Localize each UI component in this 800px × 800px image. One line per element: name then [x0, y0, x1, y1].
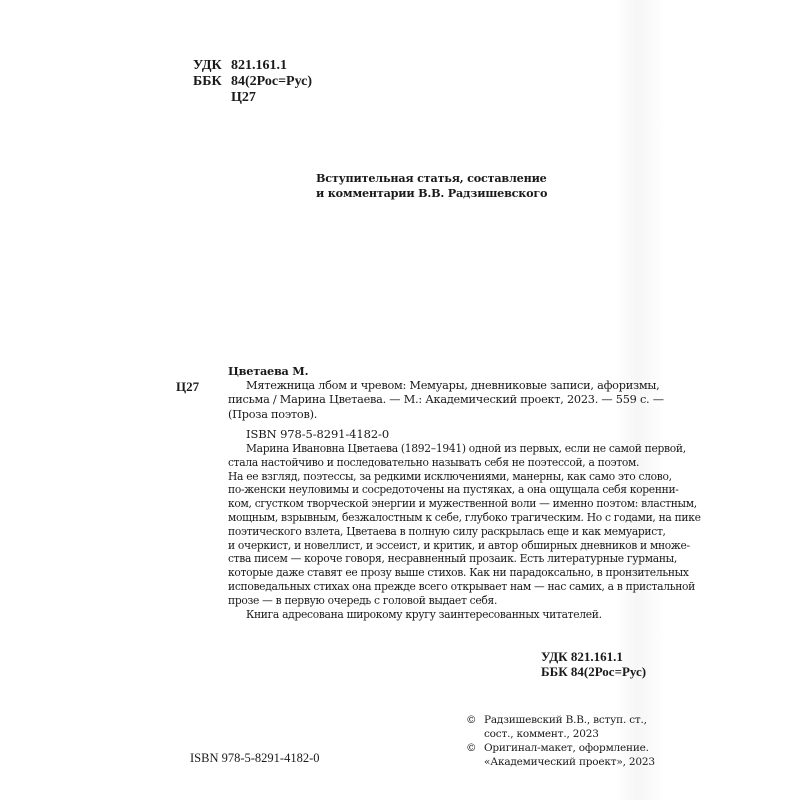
classification-bottom: УДК 821.161.1 ББК 84(2Рос=Рус) — [541, 649, 646, 679]
classification-top: УДК 821.161.1 ББК 84(2Рос=Рус) Ц27 — [193, 58, 312, 106]
credit-line-2: и комментарии В.В. Радзишевского — [316, 186, 547, 201]
annotation-line: мощным, взрывным, безжалостным к себе, г… — [228, 511, 644, 525]
copyright-line: Радзишевский В.В., вступ. ст., — [484, 713, 647, 727]
copyright-item: © Оригинал-макет, оформление. «Академиче… — [466, 741, 655, 769]
record-line: (Проза поэтов). — [228, 408, 643, 423]
bbk-bottom: ББК 84(2Рос=Рус) — [541, 664, 646, 679]
udk-label: УДК — [193, 58, 231, 74]
record-author: Цветаева М. — [228, 364, 643, 379]
copyright-icon: © — [466, 713, 484, 741]
annotation-line: ства писем — короче говоря, несравненный… — [228, 552, 644, 566]
annotation-line: исповедальных стихах она прежде всего от… — [228, 580, 644, 594]
cutter-code: Ц27 — [231, 90, 256, 106]
record-cutter: Ц27 — [176, 379, 199, 395]
intro-credit: Вступительная статья, составление и комм… — [316, 171, 547, 201]
annotation: Марина Ивановна Цветаева (1892–1941) одн… — [228, 442, 644, 621]
annotation-line: поэтического взлета, Цветаева в полную с… — [228, 525, 644, 539]
annotation-line: На ее взгляд, поэтессы, за редкими исклю… — [228, 470, 644, 484]
record-line: Мятежница лбом и чревом: Мемуары, дневни… — [228, 379, 643, 394]
udk-value: 821.161.1 — [231, 58, 287, 74]
copyright-icon: © — [466, 741, 484, 769]
annotation-line: по-женски неуловимы и сосредоточены на п… — [228, 483, 644, 497]
copyright-line: сост., коммент., 2023 — [484, 727, 647, 741]
bibliographic-record: Цветаева М. Мятежница лбом и чревом: Мем… — [228, 364, 643, 422]
book-imprint-page: УДК 821.161.1 ББК 84(2Рос=Рус) Ц27 Вступ… — [0, 0, 800, 800]
isbn-bottom: ISBN 978-5-8291-4182-0 — [190, 751, 320, 766]
bbk-label: ББК — [193, 74, 231, 90]
annotation-line: и очеркист, и новеллист, и эссеист, и кр… — [228, 539, 644, 553]
udk-row: УДК 821.161.1 — [193, 58, 312, 74]
record-isbn: ISBN 978-5-8291-4182-0 — [246, 427, 389, 441]
bbk-value: 84(2Рос=Рус) — [231, 74, 312, 90]
cutter-row: Ц27 — [193, 90, 312, 106]
bbk-row: ББК 84(2Рос=Рус) — [193, 74, 312, 90]
copyright-line: «Академический проект», 2023 — [484, 755, 655, 769]
copyright-item: © Радзишевский В.В., вступ. ст., сост., … — [466, 713, 655, 741]
annotation-line: стала настойчиво и последовательно назыв… — [228, 456, 644, 470]
annotation-line: ком, сгустком творческой энергии и мужес… — [228, 497, 644, 511]
annotation-closing: Книга адресована широкому кругу заинтере… — [228, 608, 644, 622]
copyright-block: © Радзишевский В.В., вступ. ст., сост., … — [466, 713, 655, 769]
copyright-line: Оригинал-макет, оформление. — [484, 741, 655, 755]
annotation-line: прозе — в первую очередь с головой выдае… — [228, 594, 644, 608]
annotation-line: которые даже ставят ее прозу выше стихов… — [228, 566, 644, 580]
udk-bottom: УДК 821.161.1 — [541, 649, 646, 664]
credit-line-1: Вступительная статья, составление — [316, 171, 547, 186]
annotation-line: Марина Ивановна Цветаева (1892–1941) одн… — [228, 442, 644, 456]
record-line: письма / Марина Цветаева. — М.: Академич… — [228, 393, 643, 408]
